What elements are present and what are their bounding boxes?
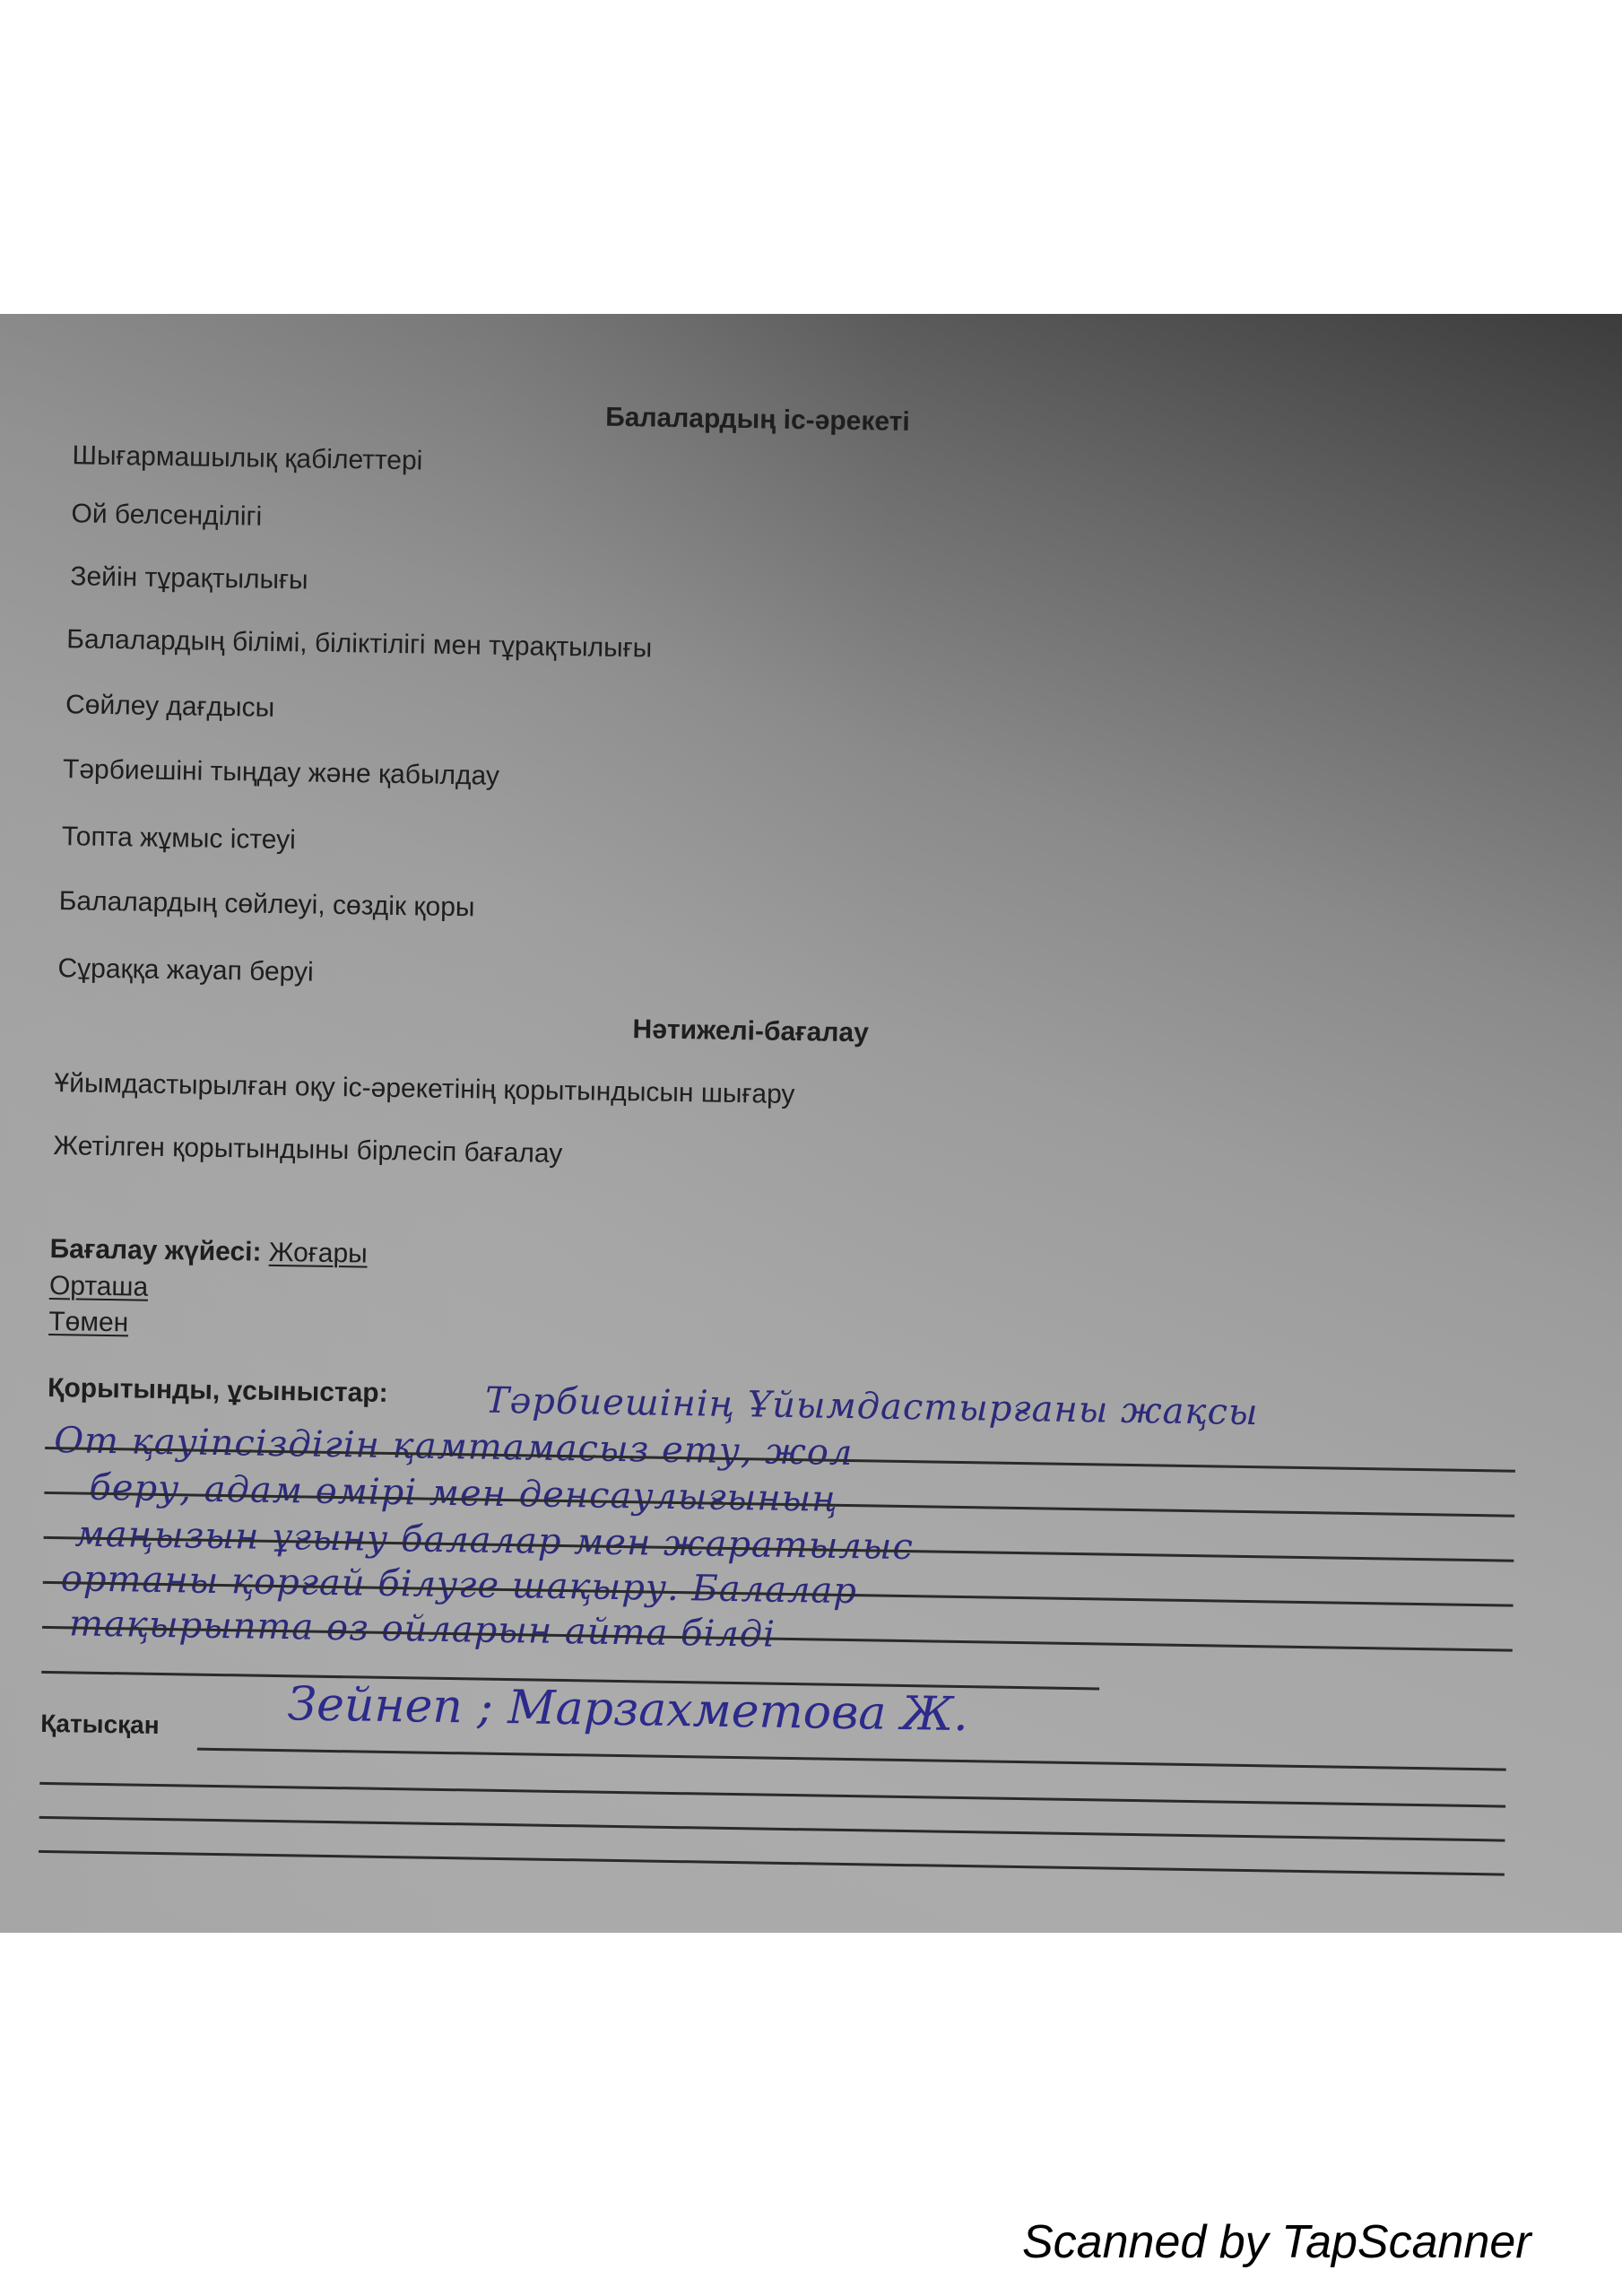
activity-item: Сұраққа жауап беруі [57, 953, 314, 987]
activity-item: Ой белсенділігі [71, 499, 262, 532]
ruled-line [39, 1850, 1505, 1876]
activity-item: Балалардың білімі, біліктілігі мен тұрақ… [66, 624, 652, 664]
conclusions-label: Қорытынды, ұсыныстар: [48, 1373, 388, 1409]
section-title-result: Нәтижелі-бағалау [632, 1014, 869, 1048]
ruled-line [39, 1782, 1505, 1808]
grading-option-high: Жоғары [269, 1238, 368, 1269]
result-item: Ұйымдастырылған оқу іс-әрекетінің қорыты… [54, 1068, 794, 1110]
handwritten-line: Тәрбиешінің Ұйымдастырғаны жақсы [485, 1380, 1259, 1434]
ruled-line [197, 1748, 1506, 1771]
grading-label: Бағалау жүйесі: [49, 1234, 261, 1267]
scanner-watermark: Scanned by TapScanner [1022, 2215, 1531, 2269]
section-title-activity: Балалардың іс-әрекеті [605, 403, 910, 438]
activity-item: Шығармашылық қабілеттері [72, 440, 422, 476]
result-item: Жетілген қорытындыны бірлесіп бағалау [53, 1131, 562, 1170]
grading-option-medium: Орташа [49, 1271, 149, 1303]
activity-item: Балалардың сөйлеуі, сөздік қоры [58, 886, 474, 923]
activity-item: Тәрбиешіні тыңдау және қабылдау [63, 754, 499, 792]
page-content: Балалардың іс-әрекеті Шығармашылық қабіл… [0, 314, 1622, 1933]
grading-option-low: Төмен [48, 1307, 128, 1338]
participant-signature: Зейнеп ; Марзахметова Ж. [287, 1677, 968, 1742]
activity-item: Топта жұмыс істеуі [62, 822, 297, 856]
ruled-line [39, 1816, 1505, 1842]
scanned-page: Балалардың іс-әрекеті Шығармашылық қабіл… [0, 314, 1622, 1933]
participant-label: Қатысқан [40, 1709, 160, 1740]
handwritten-line: От қауіпсіздігін қамтамасыз ету, жол [54, 1420, 854, 1474]
grading-row: Бағалау жүйесі: Жоғары [49, 1234, 368, 1270]
activity-item: Зейін тұрақтылығы [70, 561, 308, 596]
activity-item: Сөйлеу дағдысы [65, 690, 275, 724]
